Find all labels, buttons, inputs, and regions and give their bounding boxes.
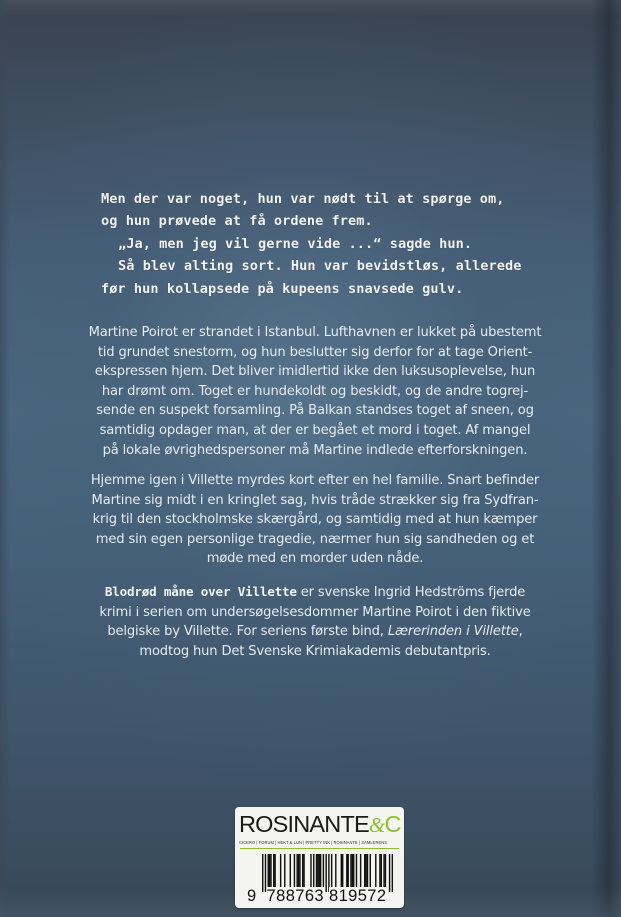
isbn-group-2: 819572 bbox=[329, 887, 386, 905]
excerpt-line: før hun kollapsede på kupeens snavsede g… bbox=[101, 278, 541, 300]
blurb-text: belgiske by Villette. For seriens første… bbox=[107, 624, 388, 639]
publisher-imprints: CICERO | FORUM | HEKT & LUN | PRETTY INK… bbox=[239, 840, 401, 845]
blurb-line: Blodrød måne over Villette er svenske In… bbox=[80, 582, 550, 603]
blurb-line: møde med en morder uden nåde. bbox=[80, 549, 550, 569]
publisher-suffix: CO bbox=[384, 811, 401, 837]
blurb-paragraph-villette: Hjemme igen i Villette myrdes kort efter… bbox=[80, 471, 550, 569]
blurb-paragraph-author: Blodrød måne over Villette er svenske In… bbox=[80, 582, 550, 661]
cover-top-edge bbox=[0, 0, 621, 16]
blurb-text: , bbox=[519, 624, 523, 639]
blurb-line: krig til den stockholmske skærgård, og s… bbox=[80, 510, 550, 530]
book-title: Blodrød måne over Villette bbox=[105, 584, 297, 599]
cover-right-edge bbox=[591, 0, 621, 917]
excerpt-line: Men der var noget, hun var nødt til at s… bbox=[101, 188, 541, 210]
excerpt-line: Så blev alting sort. Hun var bevidstløs,… bbox=[101, 255, 541, 277]
publisher-name: ROSINANTE bbox=[239, 811, 369, 837]
excerpt-line: og hun prøvede at få ordene frem. bbox=[101, 210, 541, 232]
isbn-number: 9 788763 819572 bbox=[247, 887, 397, 905]
book-excerpt: Men der var noget, hun var nødt til at s… bbox=[101, 188, 541, 300]
blurb-line: Martine Poirot er strandet i Istanbul. L… bbox=[80, 323, 550, 343]
first-book-title: Lærerinden i Villette bbox=[388, 624, 519, 639]
publisher-logo: ROSINANTE&CO bbox=[239, 811, 401, 837]
blurb-line: belgiske by Villette. For seriens første… bbox=[80, 622, 550, 642]
publisher-ampersand: & bbox=[369, 813, 385, 837]
isbn-group-1: 788763 bbox=[267, 887, 324, 905]
blurb-line: med sin egen personlige tragedie, nærmer… bbox=[80, 530, 550, 550]
blurb-line: krimi i serien om undersøgelsesdommer Ma… bbox=[80, 603, 550, 623]
cover-left-edge bbox=[0, 0, 10, 917]
blurb-line: modtog hun Det Svenske Krimiakademis deb… bbox=[80, 642, 550, 662]
blurb-text: er svenske Ingrid Hedströms fjerde bbox=[297, 585, 525, 600]
blurb-line: Martine sig midt i en kringlet sag, hvis… bbox=[80, 491, 550, 511]
blurb-line: samtidig opdager man, at der er begået e… bbox=[80, 421, 550, 441]
blurb-line: sende en suspekt forsamling. På Balkan s… bbox=[80, 401, 550, 421]
blurb-line: tid grundet snestorm, og hun beslutter s… bbox=[80, 343, 550, 363]
barcode-sticker: ROSINANTE&CO CICERO | FORUM | HEKT & LUN… bbox=[235, 807, 404, 908]
isbn-prefix: 9 bbox=[247, 887, 257, 905]
blurb-line: på lokale øvrighedspersoner må Martine i… bbox=[80, 441, 550, 461]
excerpt-line: „Ja, men jeg vil gerne vide ...“ sagde h… bbox=[101, 233, 541, 255]
blurb-line: ekspressen hjem. Det bliver imidlertid i… bbox=[80, 362, 550, 382]
blurb-line: Hjemme igen i Villette myrdes kort efter… bbox=[80, 471, 550, 491]
blurb-line: har drømt om. Toget er hundekoldt og bes… bbox=[80, 382, 550, 402]
blurb-paragraph-plot: Martine Poirot er strandet i Istanbul. L… bbox=[80, 323, 550, 460]
divider bbox=[240, 848, 399, 849]
